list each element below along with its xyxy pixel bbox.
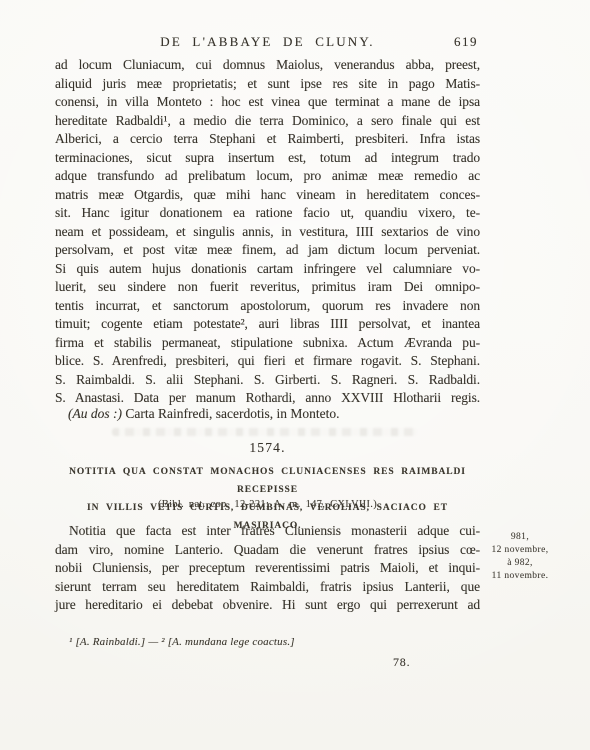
margin-note-line: à 982, [477, 557, 563, 570]
text-line: aliquid juris meæ proprietatis; et sunt … [55, 75, 480, 94]
scanned-book-page: DE L'ABBAYE DE CLUNY. 619 ad locum Cluni… [0, 0, 590, 750]
text-line: timuit; cogente etiam potestate², auri l… [55, 315, 480, 334]
text-line: neam et possideam, et singulis annis, in… [55, 223, 480, 242]
charter-1573-body: ad locum Cluniacum, cui domnus Maiolus, … [55, 56, 480, 408]
text-line: persolvam, et post vitæ meæ finem, ad ja… [55, 241, 480, 260]
au-dos-text: Carta Rainfredi, sacerdotis, in Monteto. [122, 406, 339, 421]
bleed-through-artifact [112, 428, 417, 436]
signature-mark: 78. [393, 655, 410, 670]
text-line: adque transfundo ad prelibatum locum, pr… [55, 167, 480, 186]
text-line: Si quis autem hujus donationis cartam in… [55, 260, 480, 279]
text-line: tentis incurrat, et sanctorum apostoloru… [55, 297, 480, 316]
page-number: 619 [454, 34, 478, 50]
au-dos-line: (Au dos :) Carta Rainfredi, sacerdotis, … [55, 406, 493, 422]
text-line: terminaciones, sicut supra insertum est,… [55, 149, 480, 168]
text-line: S. Anastasi. Data per manum Rothardi, an… [55, 389, 480, 408]
section-heading-line1: NOTITIA QUA CONSTAT MONACHOS CLUNIACENSE… [55, 463, 480, 499]
text-line: firma et stabilis permaneat, stipulation… [55, 334, 480, 353]
text-line: luerit, seu sindere non fuerit reveritus… [55, 278, 480, 297]
text-line: blice. S. Arenfredi, presbiteri, qui fie… [55, 352, 480, 371]
section-number: 1574. [55, 440, 480, 456]
text-line: conensi, in villa Monteto : hoc est vine… [55, 93, 480, 112]
text-line: sierunt terram seu hereditatem Raimbaldi… [55, 578, 480, 597]
text-line: nobii Cluniensis, per preceptum reverent… [55, 559, 480, 578]
text-line: Alberici, a cercio terra Stephani et Rai… [55, 130, 480, 149]
text-line: dam viro, nomine Lanterio. Quadam die ve… [55, 541, 480, 560]
text-line: matris meæ Otgardis, quæ mihi hanc vinea… [55, 186, 480, 205]
text-line: Notitia que facta est inter fratres Clun… [55, 522, 480, 541]
notitia-paragraph: Notitia que facta est inter fratres Clun… [55, 522, 480, 615]
au-dos-label: (Au dos :) [68, 406, 122, 421]
page-header-title: DE L'ABBAYE DE CLUNY. [160, 34, 375, 49]
footnote: ¹ [A. Rainbaldi.] — ² [A. mundana lege c… [69, 636, 295, 648]
text-line: jure hereditario ei debebat obvenire. Hi… [55, 596, 480, 615]
text-line: ad locum Cluniacum, cui domnus Maiolus, … [55, 56, 480, 75]
source-reference: (Bibl. nat. cop. 12-221; A. m. 147, CXLV… [55, 499, 480, 510]
margin-note-line: 12 novembre, [477, 544, 563, 557]
text-line: S. Raimbaldi. S. alii Stephani. S. Girbe… [55, 371, 480, 390]
text-line: hereditate Radbaldi¹, a medio die terra … [55, 112, 480, 131]
margin-date-note: 981,12 novembre,à 982,11 novembre. [477, 531, 563, 583]
margin-note-line: 981, [477, 531, 563, 544]
running-header: DE L'ABBAYE DE CLUNY. 619 [55, 34, 480, 50]
margin-note-line: 11 novembre. [477, 570, 563, 583]
text-line: sit. Hanc igitur donationem ea ratione f… [55, 204, 480, 223]
